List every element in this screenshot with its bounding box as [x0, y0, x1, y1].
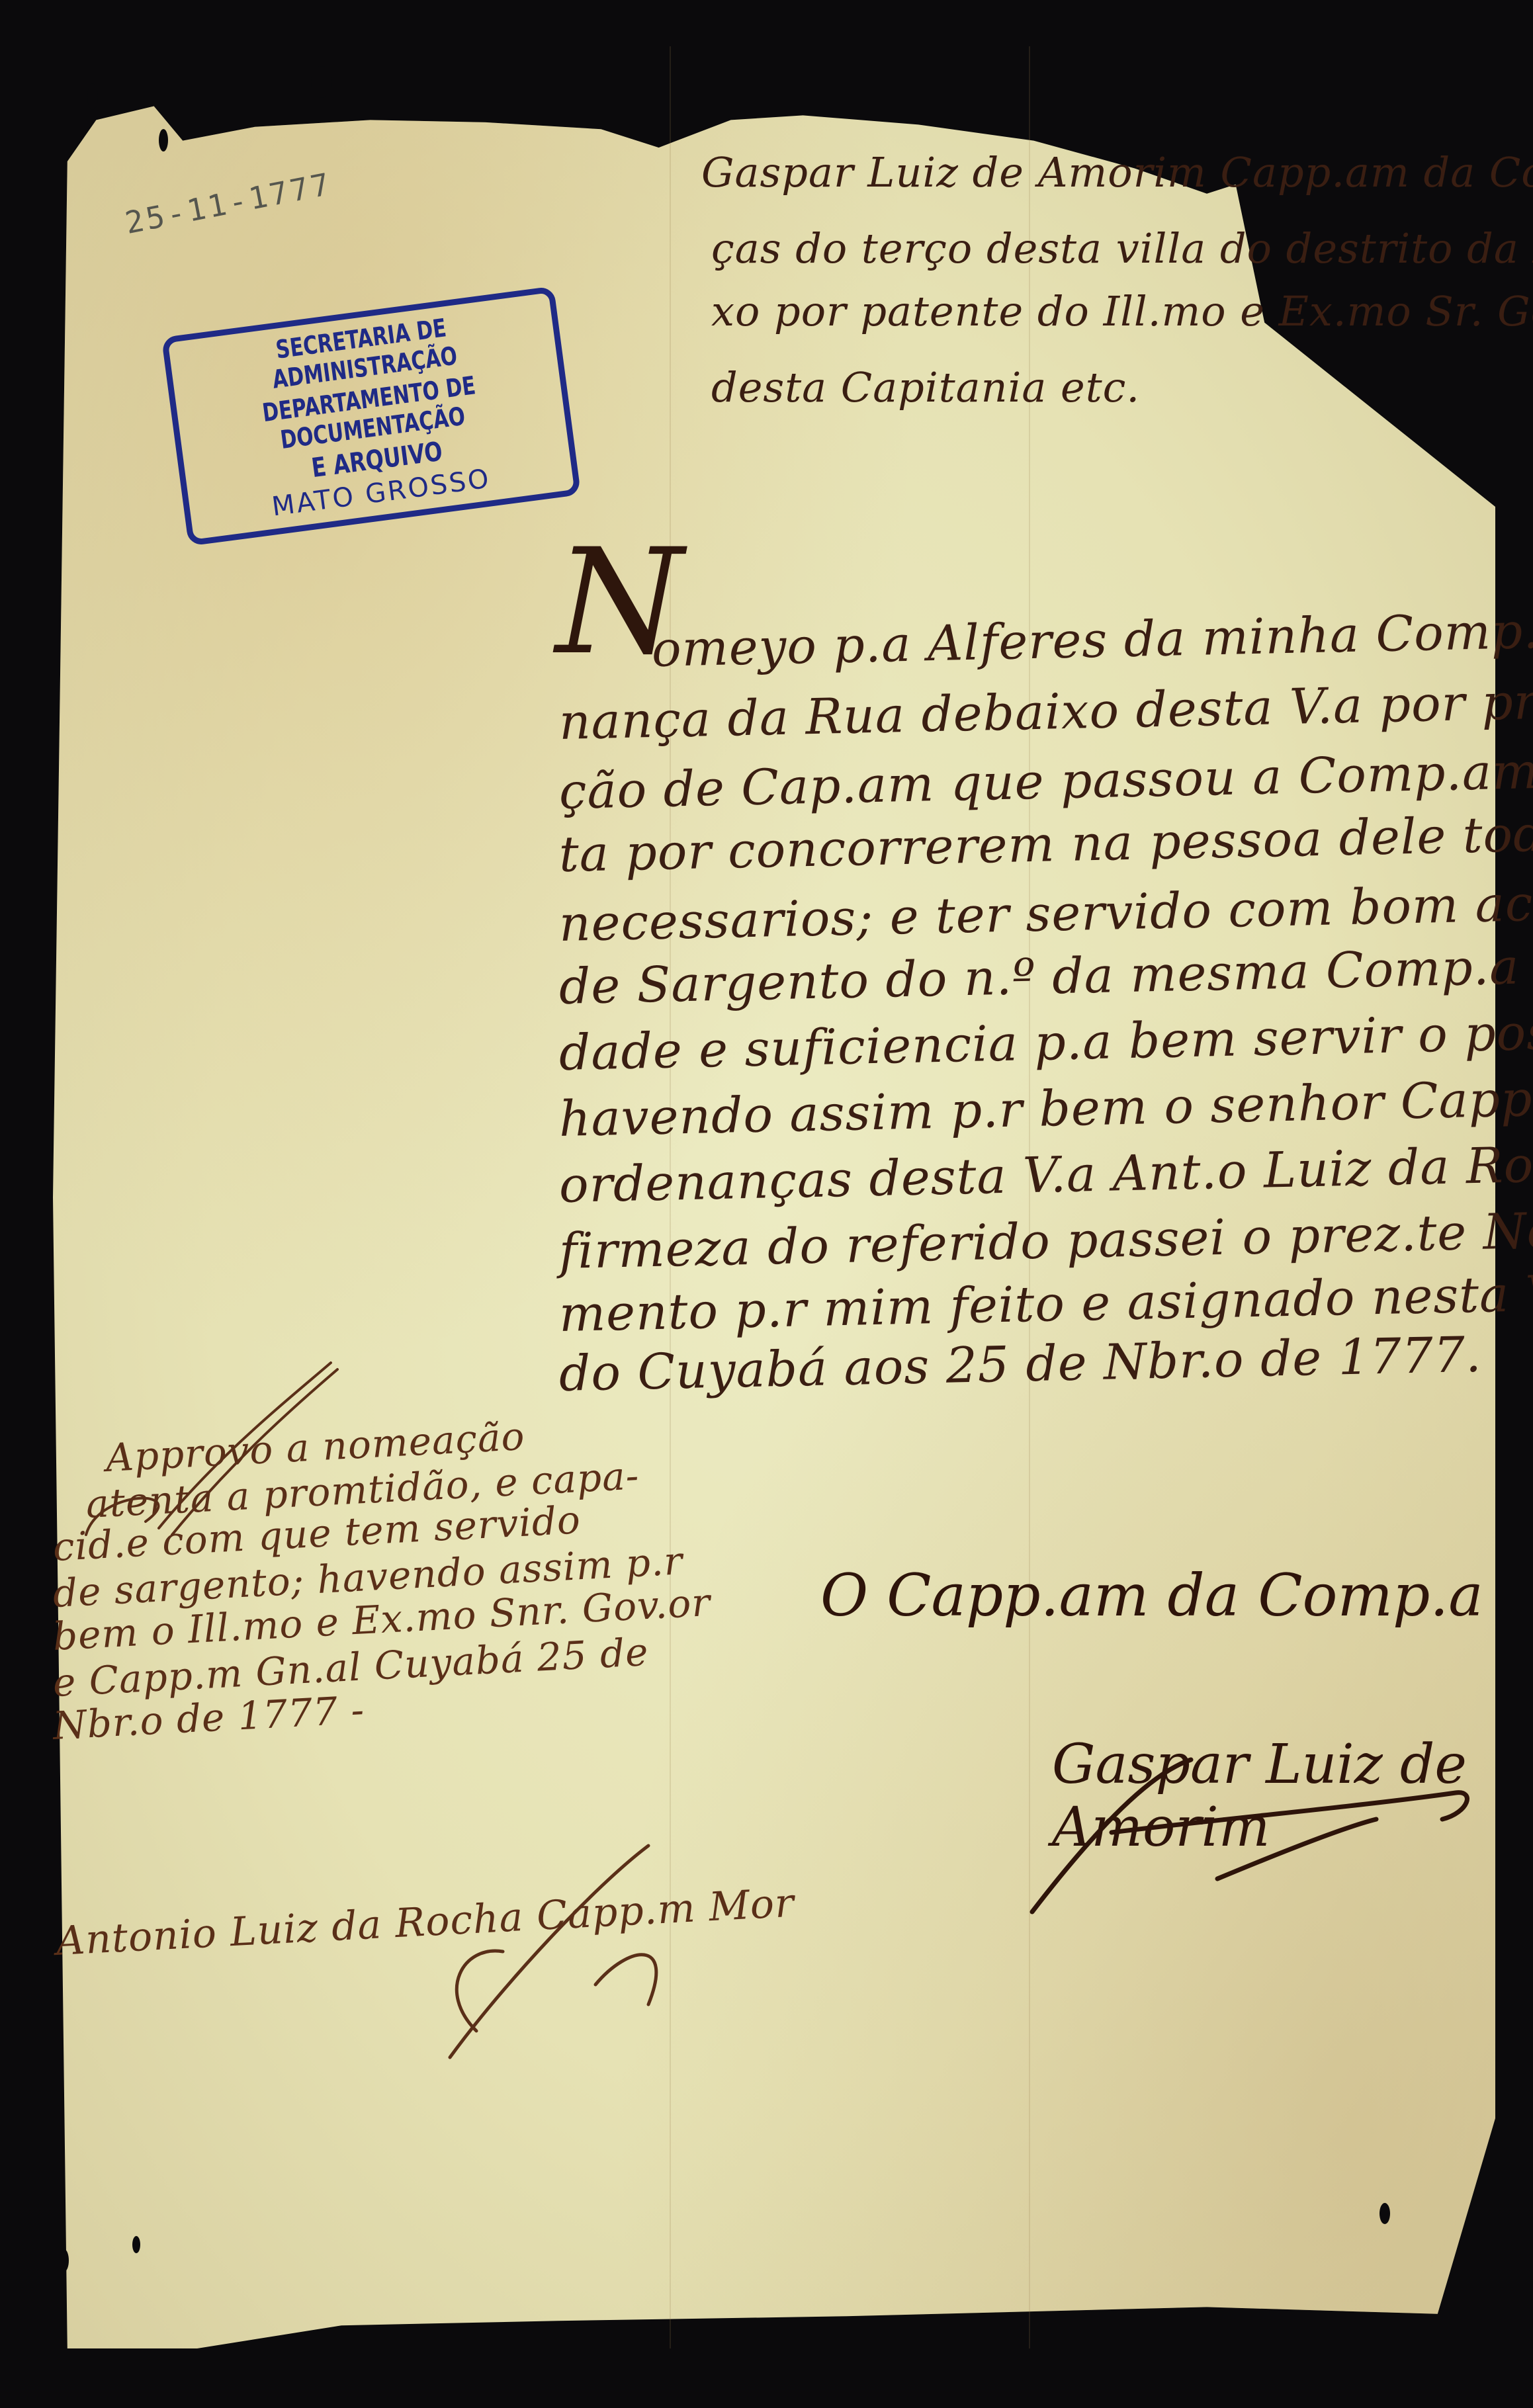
closing-title: O Capp.am da Comp.a: [820, 1561, 1483, 1629]
paper-hole: [132, 2236, 140, 2253]
paper-hole: [60, 2249, 69, 2272]
commander-signature-flourish: [397, 1832, 701, 2071]
heading-line: xo por patente do Ill.mo e Ex.mo Sr. Gen…: [711, 291, 1533, 332]
heading-line: Gaspar Luiz de Amorim Capp.am da Comp.a …: [701, 152, 1533, 193]
paper-hole: [87, 83, 98, 110]
paper-hole: [1380, 2203, 1390, 2224]
signature-flourish: [1019, 1746, 1495, 1918]
paper-hole: [159, 129, 168, 151]
heading-line: ças do terço desta villa do destrito da …: [711, 228, 1533, 269]
paper-hole: [311, 66, 332, 98]
heading-line: desta Capitania etc.: [711, 367, 1140, 408]
